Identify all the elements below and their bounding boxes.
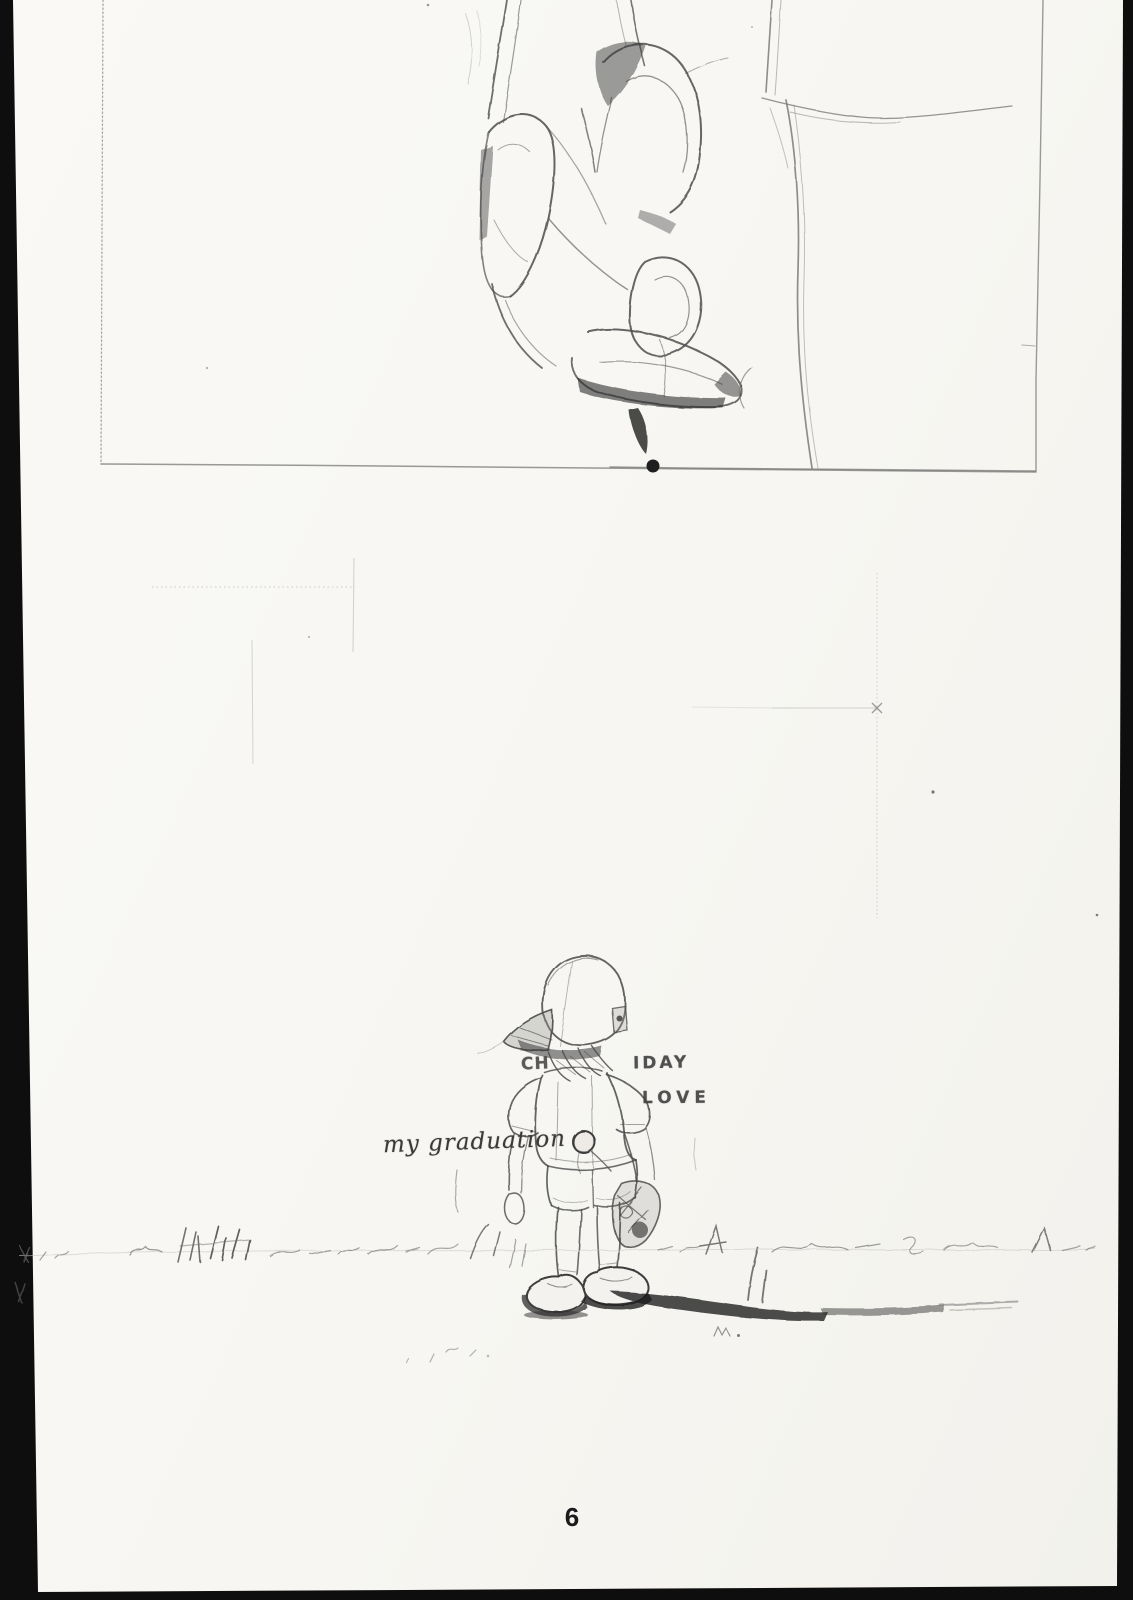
hand-sketch — [466, 0, 742, 454]
panel-frame — [101, 0, 1043, 472]
pencil-sketch-artwork — [0, 0, 1133, 1600]
inscription-fragment-right: IDAY — [633, 1053, 690, 1074]
legs — [557, 1203, 620, 1277]
shirt — [509, 1067, 651, 1169]
layout-guide-lines — [152, 558, 935, 918]
baseball-cap — [478, 956, 627, 1060]
shoes — [522, 1267, 652, 1316]
sleeve-sketch — [740, 0, 1012, 468]
waist-ball — [573, 1131, 611, 1173]
page-number: 6 — [556, 1502, 588, 1533]
inscription-love: LOVE — [642, 1088, 711, 1109]
panel-registration-dot — [647, 460, 660, 473]
stray-pencil-marks — [406, 1327, 741, 1362]
inscription-fragment-left: CH — [521, 1054, 550, 1075]
scanned-sketchbook-page: CH IDAY LOVE my graduation 6 — [0, 0, 1133, 1600]
